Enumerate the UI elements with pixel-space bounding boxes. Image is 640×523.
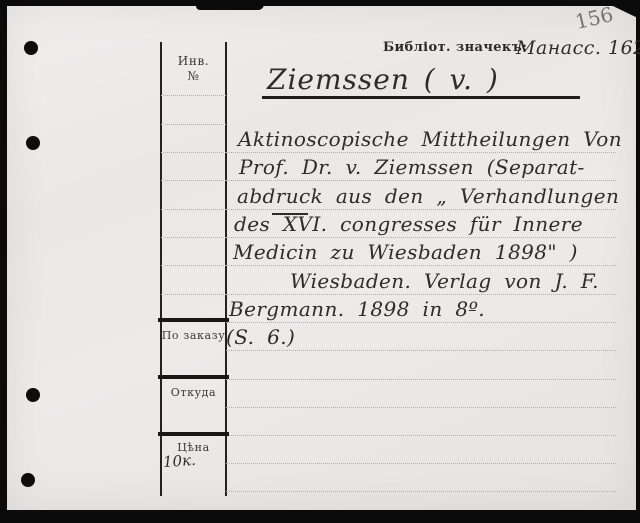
entry-line: (S. 6.) bbox=[226, 325, 295, 349]
scan-edge-notch bbox=[196, 0, 264, 10]
column-rule bbox=[161, 95, 226, 96]
entry-line: Bergmann. 1898 in 8º. bbox=[229, 297, 485, 321]
writing-rule bbox=[226, 435, 616, 436]
roman-numeral-overline bbox=[272, 213, 308, 215]
section-divider bbox=[158, 375, 229, 379]
writing-rule bbox=[226, 180, 616, 181]
section-divider bbox=[158, 318, 229, 322]
writing-rule bbox=[226, 322, 616, 323]
library-mark-value: Манасс. 16242. bbox=[516, 37, 640, 59]
writing-rule bbox=[226, 237, 616, 238]
column-rule bbox=[161, 180, 226, 181]
entry-line: abdruck aus den „ Verhandlungen bbox=[237, 184, 619, 208]
column-rule bbox=[161, 124, 226, 125]
writing-rule bbox=[226, 294, 616, 295]
column-rule bbox=[161, 237, 226, 238]
scanned-catalog-card: 156 Библіот. значекъ: Манасс. 16242. Zie… bbox=[0, 0, 640, 523]
price-value: 10к. bbox=[162, 451, 196, 471]
writing-rule bbox=[226, 209, 616, 210]
origin-label: Откуда bbox=[161, 386, 226, 399]
writing-rule bbox=[226, 350, 616, 351]
writing-rule bbox=[226, 463, 616, 464]
writing-rule bbox=[226, 152, 616, 153]
writing-rule bbox=[226, 407, 616, 408]
writing-rule bbox=[226, 265, 616, 266]
column-rule bbox=[161, 152, 226, 153]
author-heading: Ziemssen ( v. ) bbox=[267, 63, 499, 96]
library-mark-label: Библіот. значекъ: bbox=[383, 40, 527, 55]
inventory-number-label-line1: Инв. bbox=[161, 54, 226, 68]
column-right-line bbox=[225, 42, 227, 496]
entry-line: des XVI. congresses für Innere bbox=[234, 212, 583, 236]
heading-underline bbox=[262, 96, 580, 99]
entry-line: Prof. Dr. v. Ziemssen (Separat- bbox=[239, 155, 585, 179]
punch-hole bbox=[24, 41, 38, 55]
column-rule bbox=[161, 294, 226, 295]
section-divider bbox=[158, 432, 229, 436]
column-left-line bbox=[160, 42, 162, 496]
on-order-label: По заказу bbox=[161, 329, 226, 342]
punch-hole bbox=[26, 388, 40, 402]
entry-line: Medicin zu Wiesbaden 1898" ) bbox=[233, 240, 578, 264]
entry-line: Aktinoscopische Mittheilungen Von bbox=[238, 127, 622, 151]
punch-hole bbox=[21, 473, 35, 487]
writing-rule bbox=[226, 491, 616, 492]
inventory-number-label-line2: № bbox=[161, 69, 226, 83]
writing-rule bbox=[226, 379, 616, 380]
entry-line: Wiesbaden. Verlag von J. F. bbox=[290, 269, 599, 293]
column-rule bbox=[161, 209, 226, 210]
punch-hole bbox=[26, 136, 40, 150]
column-rule bbox=[161, 265, 226, 266]
